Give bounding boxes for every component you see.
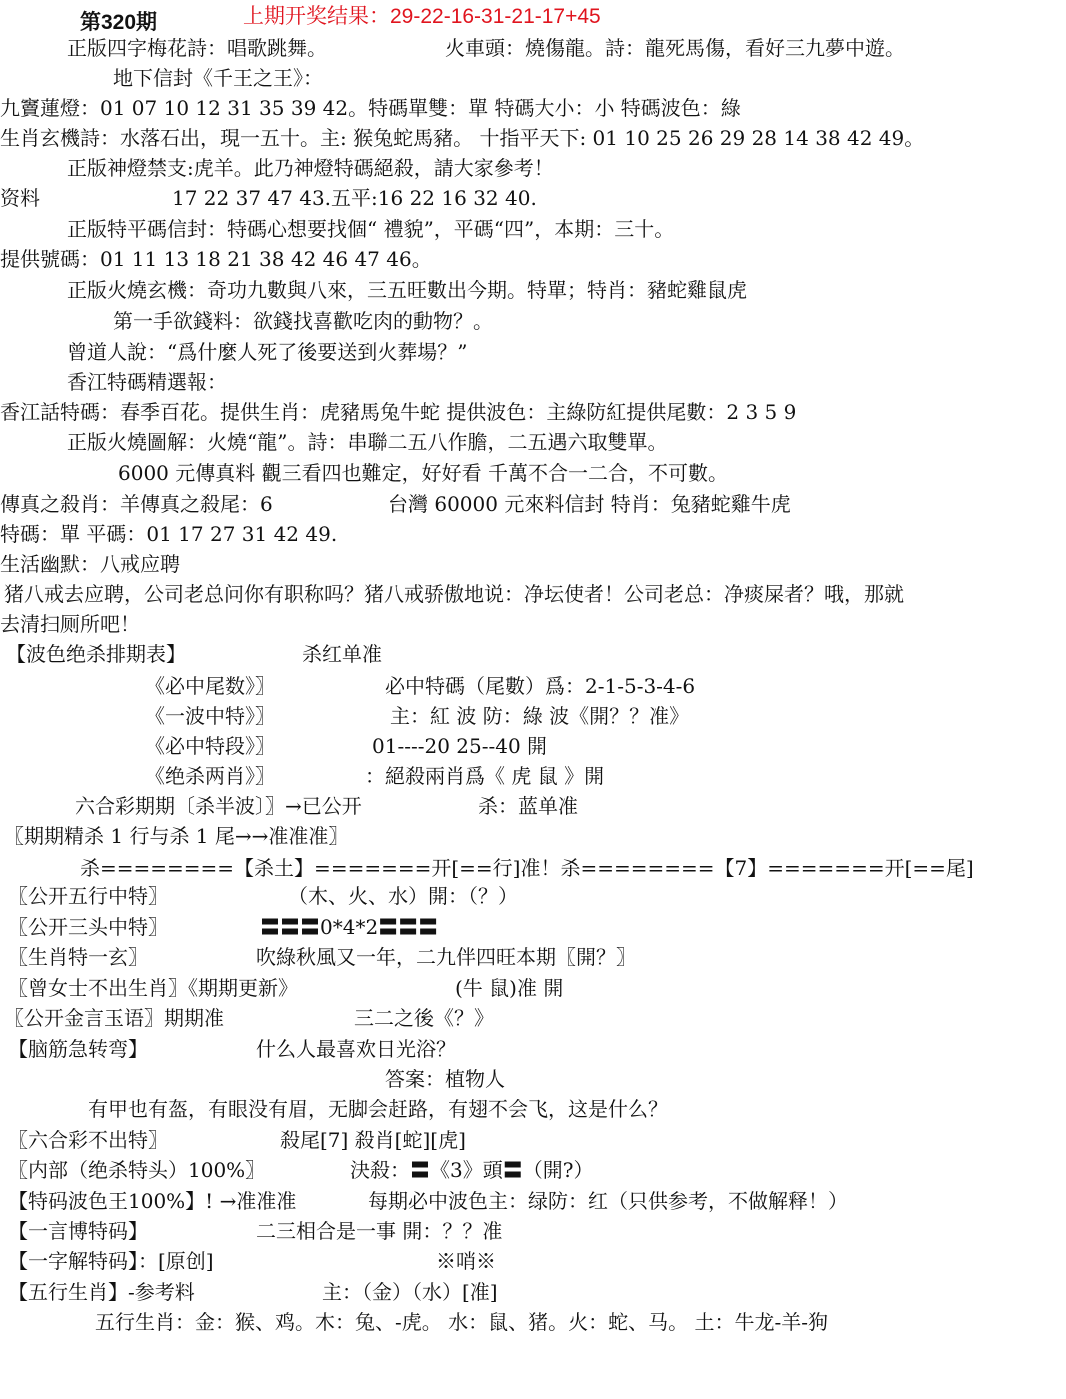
text-line: 主：紅 波 防：綠 波《開？？准》 <box>390 702 689 730</box>
text-line-content: 台灣 60000 元來料信封 特肖：兔豬蛇雞牛虎 <box>388 492 791 516</box>
text-line: 正版特平碼信封：特碼心想要找個“ 禮貌”，平碼“四”，本期：三十。 <box>67 215 674 243</box>
text-line: 傳真之殺肖：羊傳真之殺尾：6 <box>0 490 273 518</box>
text-line-content: 17 22 37 47 43.五平:16 22 16 32 40. <box>172 186 537 210</box>
text-line-content: 《一波中特》〗 <box>145 704 275 728</box>
text-line-content: 每期必中波色主：绿防：红（只供参考，不做解释！） <box>368 1189 848 1213</box>
text-line-content: 〖公开三头中特〗 <box>8 915 168 939</box>
text-line: 有甲也有盔，有眼没有眉，无脚会赶路，有翅不会飞，这是什么？ <box>88 1095 668 1123</box>
text-line-content: 猪八戒去应聘，公司老总问你有职称吗？猪八戒骄傲地说：净坛使者！公司老总：净痰屎者… <box>4 582 904 606</box>
text-line: 正版四字梅花詩：唱歌跳舞。 <box>67 34 327 62</box>
text-line-content: 殺尾[7] 殺肖[蛇][虎] <box>280 1128 466 1152</box>
text-line: 每期必中波色主：绿防：红（只供参考，不做解释！） <box>368 1187 848 1215</box>
last-draw-result: 上期开奖结果：29-22-16-31-21-17+45 <box>243 0 601 30</box>
text-line-content: 香江話特碼：春季百花。提供生肖：虎豬馬兔牛蛇 提供波色：主綠防紅提供尾數：2 3… <box>0 400 796 424</box>
text-line-content: 香江特碼精選報： <box>67 370 227 394</box>
text-line-content: 【一字解特码】：[原创] <box>8 1249 214 1273</box>
text-line-content: 6000 元傳真料 觀三看四也難定，好好看 千萬不合一二合，不可數。 <box>118 461 728 485</box>
text-line-content: (牛 鼠)准 開 <box>455 976 563 1000</box>
text-line-content: 【五行生肖】-参考料 <box>8 1280 195 1304</box>
text-line: 《一波中特》〗 <box>145 702 275 730</box>
text-line-content: 五行生肖：金：猴、鸡。木：兔、-虎。 水：鼠、猪。火：蛇、马。 土：牛龙-羊-狗 <box>95 1310 828 1334</box>
text-line: 什么人最喜欢日光浴？ <box>256 1035 456 1063</box>
text-line-content: 《必中尾数》〗 <box>145 674 275 698</box>
text-line: 香江特碼精選報： <box>67 368 227 396</box>
text-line-content: 地下信封《千王之王》： <box>113 66 323 90</box>
text-line-content: 正版火燒玄機：奇功九數與八來，三五旺數出今期。特單；特肖：豬蛇雞鼠虎 <box>67 278 747 302</box>
text-line: 地下信封《千王之王》： <box>113 64 323 92</box>
text-line-content: 正版四字梅花詩：唱歌跳舞。 <box>67 36 327 60</box>
text-line: 曾道人說：“爲什麼人死了後要送到火葬場？” <box>67 338 467 366</box>
text-line: 三二之後《？》 <box>354 1004 494 1032</box>
text-line: 杀========【杀土】=======开[==行]准！杀========【7】… <box>80 854 974 882</box>
text-line: 〖公开五行中特〗 <box>8 882 168 910</box>
text-line: 杀：蓝单准 <box>478 792 578 820</box>
text-line: 正版神燈禁支:虎羊。此乃神燈特碼絕殺，請大家參考！ <box>67 154 554 182</box>
text-line: 吹綠秋風又一年，二九伴四旺本期〖開？〗 <box>256 943 636 971</box>
text-line-content: 〓〓〓0*4*2〓〓〓 <box>260 915 438 939</box>
text-line: ※哨※ <box>436 1247 496 1275</box>
text-line: 生活幽默：八戒应聘 <box>0 550 180 578</box>
text-line-content: 〖公开金言玉语〗期期准 <box>4 1006 224 1030</box>
text-line-content: 〖公开五行中特〗 <box>8 884 168 908</box>
text-line-content: 〖生肖特一玄〗 <box>8 945 148 969</box>
text-line: 〖生肖特一玄〗 <box>8 943 148 971</box>
text-line-content: 《绝杀两肖》〗 <box>145 764 275 788</box>
text-line-content: 〖曾女士不出生肖〗《期期更新》 <box>8 976 298 1000</box>
text-line: 〖公开三头中特〗 <box>8 913 168 941</box>
text-line: 6000 元傳真料 觀三看四也難定，好好看 千萬不合一二合，不可數。 <box>118 459 728 487</box>
text-line: 二三相合是一事 開：？？准 <box>256 1217 502 1245</box>
text-line-content: 〖期期精杀 1 行与杀 1 尾→→准准准〗 <box>4 824 348 848</box>
text-line: 提供號碼：01 11 13 18 21 38 42 46 47 46。 <box>0 245 432 273</box>
text-line-content: 杀========【杀土】=======开[==行]准！杀========【7】… <box>80 856 974 880</box>
text-line: 第一手欲錢料：欲錢找喜歡吃肉的動物？。 <box>113 307 493 335</box>
text-line-content: 正版特平碼信封：特碼心想要找個“ 禮貌”，平碼“四”，本期：三十。 <box>67 217 674 241</box>
text-line-content: 资料 <box>0 186 40 210</box>
text-line-content: 【一言博特码】 <box>8 1219 148 1243</box>
text-line-content: 火車頭：燒傷龍。詩：龍死馬傷，看好三九夢中遊。 <box>445 36 905 60</box>
text-line: （木、火、水）開：（？） <box>288 882 518 910</box>
text-line: 杀红单准 <box>302 640 382 668</box>
text-line-content: 【波色绝杀排期表】 <box>6 642 186 666</box>
text-line: 〖内部（绝杀特头）100%〗 <box>8 1156 265 1184</box>
text-line: ：絕殺兩肖爲《 虎 鼠 》開 <box>365 762 604 790</box>
text-line-content: 第一手欲錢料：欲錢找喜歡吃肉的動物？。 <box>113 309 493 333</box>
text-line: 资料 <box>0 184 40 212</box>
text-line: 17 22 37 47 43.五平:16 22 16 32 40. <box>172 184 537 212</box>
text-line: 〖六合彩不出特〗 <box>8 1126 168 1154</box>
text-line: 【波色绝杀排期表】 <box>6 640 186 668</box>
text-line-content: 杀：蓝单准 <box>478 794 578 818</box>
text-line: 香江話特碼：春季百花。提供生肖：虎豬馬兔牛蛇 提供波色：主綠防紅提供尾數：2 3… <box>0 398 796 426</box>
text-line: 正版火燒玄機：奇功九數與八來，三五旺數出今期。特單；特肖：豬蛇雞鼠虎 <box>67 276 747 304</box>
text-line-content: 什么人最喜欢日光浴？ <box>256 1037 456 1061</box>
text-line-content: 生活幽默：八戒应聘 <box>0 552 180 576</box>
text-line: 答案：植物人 <box>385 1065 505 1093</box>
text-line: 〖曾女士不出生肖〗《期期更新》 <box>8 974 298 1002</box>
last-draw-label: 上期开奖结果： <box>243 5 390 28</box>
text-line: 九竇蓮燈：01 07 10 12 31 35 39 42。特碼單雙：單 特碼大小… <box>0 94 741 122</box>
text-line-content: 〖内部（绝杀特头）100%〗 <box>8 1158 265 1182</box>
issue-number: 第320期 <box>80 6 157 36</box>
text-line: 生肖玄機詩：水落石出，現一五十。主: 猴兔蛇馬豬。 十指平天下: 01 10 2… <box>0 124 924 152</box>
text-line-content: 特碼：單 平碼：01 17 27 31 42 49. <box>0 522 337 546</box>
text-line: 必中特碼（尾數）爲：2-1-5-3-4-6 <box>385 672 695 700</box>
text-line-content: 杀红单准 <box>302 642 382 666</box>
text-line-content: 六合彩期期〔杀半波〕〗→已公开 <box>75 794 362 818</box>
text-line: 《必中尾数》〗 <box>145 672 275 700</box>
text-line: 去清扫厕所吧！ <box>0 610 140 638</box>
text-line: 主：（金）（水）[准] <box>322 1278 498 1306</box>
text-line-content: 《必中特段》〗 <box>145 734 275 758</box>
text-line: 〖公开金言玉语〗期期准 <box>4 1004 224 1032</box>
text-line: 【脑筋急转弯】 <box>8 1035 148 1063</box>
text-line-content: 決殺：〓《3》頭〓（開?） <box>350 1158 593 1182</box>
text-line: 猪八戒去应聘，公司老总问你有职称吗？猪八戒骄傲地说：净坛使者！公司老总：净痰屎者… <box>4 580 904 608</box>
last-draw-numbers: 29-22-16-31-21-17+45 <box>390 5 601 28</box>
text-line: 六合彩期期〔杀半波〕〗→已公开 <box>75 792 362 820</box>
text-line-content: ※哨※ <box>436 1249 496 1273</box>
text-line-content: 必中特碼（尾數）爲：2-1-5-3-4-6 <box>385 674 695 698</box>
text-line: 五行生肖：金：猴、鸡。木：兔、-虎。 水：鼠、猪。火：蛇、马。 土：牛龙-羊-狗 <box>95 1308 828 1336</box>
text-line-content: 傳真之殺肖：羊傳真之殺尾：6 <box>0 492 273 516</box>
text-line: 台灣 60000 元來料信封 特肖：兔豬蛇雞牛虎 <box>388 490 791 518</box>
text-line-content: 去清扫厕所吧！ <box>0 612 140 636</box>
text-line: 【一字解特码】：[原创] <box>8 1247 214 1275</box>
text-line-content: 有甲也有盔，有眼没有眉，无脚会赶路，有翅不会飞，这是什么？ <box>88 1097 668 1121</box>
text-line-content: 主：紅 波 防：綠 波《開？？准》 <box>390 704 689 728</box>
text-line: 01----20 25--40 開 <box>372 732 547 760</box>
text-line: 殺尾[7] 殺肖[蛇][虎] <box>280 1126 466 1154</box>
text-line-content: 正版火燒圖解：火燒“龍”。詩：串聯二五八作膽，二五遇六取雙單。 <box>67 430 667 454</box>
text-line-content: 主：（金）（水）[准] <box>322 1280 498 1304</box>
text-line-content: 提供號碼：01 11 13 18 21 38 42 46 47 46。 <box>0 247 432 271</box>
text-line-content: 三二之後《？》 <box>354 1006 494 1030</box>
text-line: 正版火燒圖解：火燒“龍”。詩：串聯二五八作膽，二五遇六取雙單。 <box>67 428 667 456</box>
text-line-content: 【特码波色王100%】! →准准准 <box>8 1189 296 1213</box>
text-line-content: 九竇蓮燈：01 07 10 12 31 35 39 42。特碼單雙：單 特碼大小… <box>0 96 741 120</box>
text-line-content: 答案：植物人 <box>385 1067 505 1091</box>
text-line: 【特码波色王100%】! →准准准 <box>8 1187 296 1215</box>
text-line: 【一言博特码】 <box>8 1217 148 1245</box>
text-line-content: 01----20 25--40 開 <box>372 734 547 758</box>
text-line: (牛 鼠)准 開 <box>455 974 563 1002</box>
text-line: 《必中特段》〗 <box>145 732 275 760</box>
text-line-content: 生肖玄機詩：水落石出，現一五十。主: 猴兔蛇馬豬。 十指平天下: 01 10 2… <box>0 126 924 150</box>
text-line: 特碼：單 平碼：01 17 27 31 42 49. <box>0 520 337 548</box>
text-line: 〖期期精杀 1 行与杀 1 尾→→准准准〗 <box>4 822 348 850</box>
text-line-content: 正版神燈禁支:虎羊。此乃神燈特碼絕殺，請大家參考！ <box>67 156 554 180</box>
text-line: 〓〓〓0*4*2〓〓〓 <box>260 913 438 941</box>
text-line-content: 二三相合是一事 開：？？准 <box>256 1219 502 1243</box>
text-line: 《绝杀两肖》〗 <box>145 762 275 790</box>
text-line: 【五行生肖】-参考料 <box>8 1278 195 1306</box>
text-line-content: 【脑筋急转弯】 <box>8 1037 148 1061</box>
text-line-content: 吹綠秋風又一年，二九伴四旺本期〖開？〗 <box>256 945 636 969</box>
text-line-content: ：絕殺兩肖爲《 虎 鼠 》開 <box>365 764 604 788</box>
text-line-content: 〖六合彩不出特〗 <box>8 1128 168 1152</box>
text-line: 火車頭：燒傷龍。詩：龍死馬傷，看好三九夢中遊。 <box>445 34 905 62</box>
text-line: 決殺：〓《3》頭〓（開?） <box>350 1156 593 1184</box>
text-line-content: 曾道人說：“爲什麼人死了後要送到火葬場？” <box>67 340 467 364</box>
text-line-content: （木、火、水）開：（？） <box>288 884 518 908</box>
